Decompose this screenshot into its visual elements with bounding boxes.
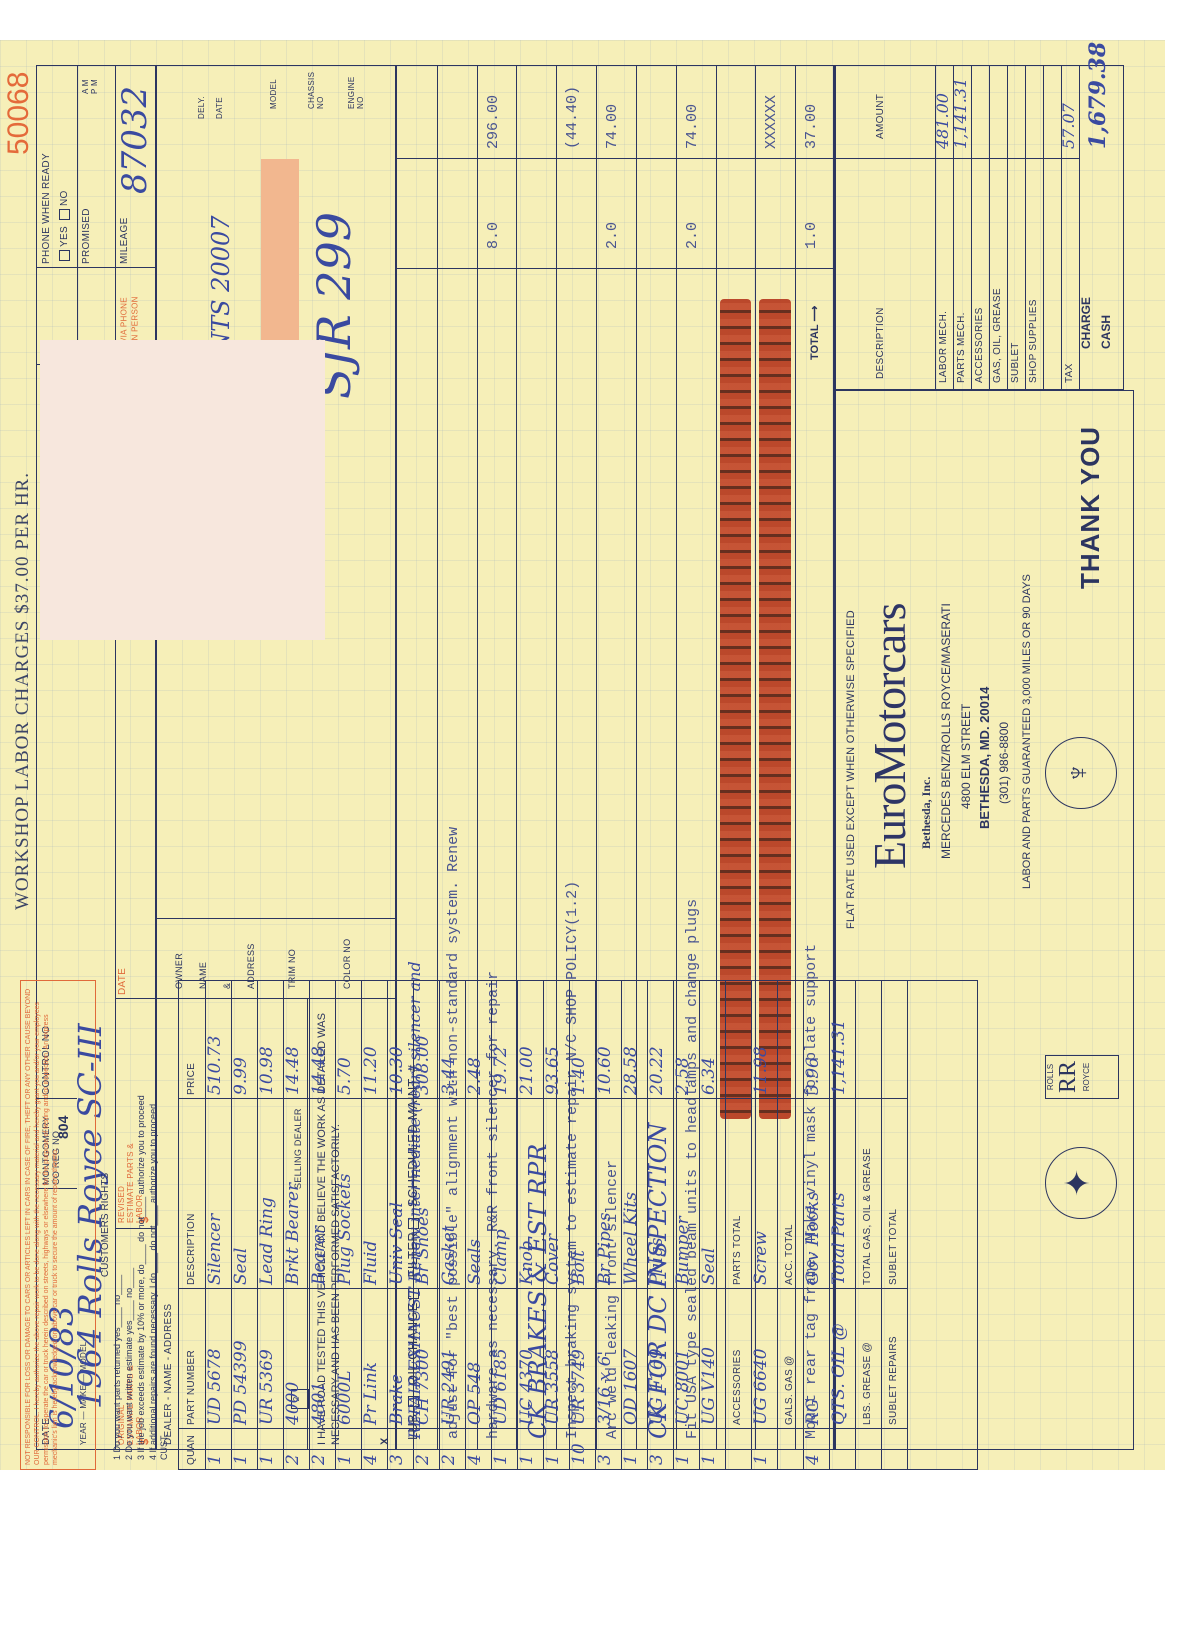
customer-right-item: 3 If the job exceeds estimate by 10% or … [135,990,147,1460]
divider [439,1098,465,1099]
divider [205,1288,231,1289]
grand-total: 1,679.38 [1085,42,1111,149]
part-price: 10.98 [257,1046,277,1095]
part-qty: 1 [751,1454,771,1465]
part-qty: 2 [439,1454,459,1465]
yes-no-checkboxes: YES NO [59,190,70,264]
part-description: Gasket [439,1225,459,1285]
part-qty: 1 [517,1454,537,1465]
divider [231,1098,257,1099]
part-qty: 3 [647,1454,667,1465]
part-description: Lead Ring [257,1197,277,1285]
part-number: ACCESSORIES [732,1349,743,1425]
parts-section: NOT RESPONSIBLE FOR LOSS OR DAMAGE TO CA… [0,980,1000,1470]
work-line-hours: 2.0 [684,222,701,249]
model-label: MODEL [269,79,278,109]
part-number: RG [803,1399,823,1425]
dealer-city: BETHESDA, MD. 20014 [977,687,992,829]
divider [835,158,935,159]
pm-label: P M [90,79,99,94]
work-line-amount: XXXXXX [763,95,780,149]
divider [465,1098,491,1099]
part-price: 11.98 [751,1046,771,1095]
part-price: 11.20 [361,1046,381,1095]
work-line-amount: (44.40) [564,86,581,149]
mileage-label: MILEAGE [119,217,130,264]
divider [205,1098,231,1099]
part-price: 510.73 [205,1036,225,1095]
guarantee-note: LABOR AND PARTS GUARANTEED 3,000 MILES O… [1021,574,1033,889]
work-line-amount: 74.00 [684,104,701,149]
part-qty: 2 [283,1454,303,1465]
dealer-subname: Bethesda, Inc. [919,777,934,849]
parts-table: QUANPART NUMBERDESCRIPTIONPRICE1UD 5678S… [178,980,978,1470]
divider [231,1428,257,1429]
divider [413,1098,439,1099]
divider [829,1288,855,1289]
dely-label: DELY. [197,96,206,119]
divider [1043,158,1061,159]
summary-label: TAX [1064,363,1075,383]
table-row: 4OP 548Seals2.48 [465,981,492,1469]
table-row: 10UR 3749Bolt1.40 [569,981,596,1469]
part-number: UR 3558 [543,1349,563,1425]
part-number: UC 8001 [673,1349,693,1425]
part-description: Gov Hooks [803,1192,823,1285]
paper-note-covering [40,340,325,640]
customer-rights: CUSTOMERS RIGHTS 1 Do you want parts ret… [100,990,169,1460]
part-description: Univ Seal [387,1202,407,1285]
cash-label: CASH [1099,315,1113,349]
part-price: 28.58 [621,1046,641,1095]
summary-row: TAX57.07 [1061,66,1080,389]
table-row: 2UR 2491Gasket3.44 [439,981,466,1469]
customer-rights-title: CUSTOMERS RIGHTS [100,990,111,1460]
divider [179,1098,205,1099]
divider [543,1288,569,1289]
part-qty: 3 [595,1454,615,1465]
divider [491,1428,517,1429]
divider [621,1098,647,1099]
part-description: Bumper [673,1216,693,1285]
divider [751,1288,777,1289]
divider [971,158,989,159]
summary-row: GAS, OIL, GREASE [989,66,1008,389]
parts-header-row: QUANPART NUMBERDESCRIPTIONPRICE [179,981,206,1469]
divider [309,1098,335,1099]
part-description: Seal [231,1248,251,1285]
part-qty: 1 [205,1454,225,1465]
euromotorcars-logo: EuroMotorcars [863,604,916,869]
part-number: OP 548 [465,1362,485,1425]
part-qty: 1 [491,1454,511,1465]
divider [439,1288,465,1289]
total-label: TOTAL ⟶ [808,306,821,360]
part-qty: 1 [257,1454,277,1465]
divider [647,1098,673,1099]
part-qty: 10 [569,1443,589,1465]
divider [1007,158,1025,159]
divider [699,1288,725,1289]
part-description: Fluid [361,1240,381,1285]
yes-checkbox[interactable] [59,250,70,261]
divider [569,1428,595,1429]
part-description: Br Pipes [595,1212,615,1285]
divider [595,1098,621,1099]
acc-total-row: GALS. GAS @ACC. TOTAL [777,981,804,1469]
work-line-hours: 1.0 [803,222,820,249]
divider [517,1288,543,1289]
part-price: 6.34 [699,1057,719,1095]
divider [283,1098,309,1099]
divider [621,1288,647,1289]
part-number: PD 54399 [231,1340,251,1425]
part-price: 1,141.31 [829,1019,849,1095]
divider [621,1428,647,1429]
table-row: 4Pr LinkFluid11.20 [361,981,388,1469]
divider [335,1428,361,1429]
customer-right-item: 1 Do you want parts returned yes____ no_… [111,990,123,1460]
divider [517,1428,543,1429]
divider [699,1098,725,1099]
chassis-label: CHASSIS NO [307,66,325,109]
divider [77,66,78,364]
work-line-hours: 2.0 [604,222,621,249]
part-number: UD 6185 [491,1348,511,1425]
part-number: Pr Link [361,1362,381,1425]
via-phone-text: VIA PHONE [120,297,129,343]
summary-label: LABOR MECH. [938,311,949,383]
divider [803,1288,829,1289]
divider [777,1428,803,1429]
part-price: 9.99 [231,1057,251,1095]
divider [309,1288,335,1289]
dealer-street: 4800 ELM STREET [959,704,973,809]
parts-section-wrapper: NOT RESPONSIBLE FOR LOSS OR DAMAGE TO CA… [0,980,1000,1470]
table-row: 1UR 5369Lead Ring10.98 [257,981,284,1469]
part-qty: 1 [231,1454,251,1465]
model-field-highlight [261,159,299,359]
part-price: 19.72 [491,1046,511,1095]
part-price: 2.58 [673,1057,693,1095]
divider [751,1098,777,1099]
part-price: 10.60 [595,1046,615,1095]
part-price: 3.96 [803,1057,823,1095]
part-price: 1.40 [569,1057,589,1095]
part-qty: 2 [413,1454,433,1465]
divider [595,1288,621,1289]
customer-rights-list: 1 Do you want parts returned yes____ no_… [111,990,159,1460]
divider [413,1428,439,1429]
divider [361,1098,387,1099]
divider [855,1428,881,1429]
table-row: 2CH 7300Br Shoes308.00 [413,981,440,1469]
part-description: SUBLET TOTAL [888,1209,899,1285]
table-row: 1UD 6185Clamp19.72 [491,981,518,1469]
part-qty: 1 [621,1454,641,1465]
divider [387,1098,413,1099]
divider [283,1288,309,1289]
flat-rate-note: FLAT RATE USED EXCEPT WHEN OTHERWISE SPE… [845,610,857,929]
summary-row: ACCESSORIES [971,66,990,389]
description-header: DESCRIPTION [875,307,886,379]
cust-signature[interactable]: CUST. [159,990,169,1460]
part-description: Bearer [309,1226,329,1285]
part-description: Plugs [647,1238,667,1285]
divider [179,1288,205,1289]
divider [439,1428,465,1429]
table-row: 1UC 8001Bumper2.58 [673,981,700,1469]
divider [543,1428,569,1429]
divider [569,1098,595,1099]
customer-right-item: 4 If additional repairs are found necess… [147,990,159,1460]
part-qty: 1 [673,1454,693,1465]
rolls-royce-badge: ROLLSRRROYCE [1045,1055,1119,1099]
divider [257,1428,283,1429]
part-qty: 4 [803,1454,823,1465]
part-price: 5.70 [335,1057,355,1095]
summary-label: GAS, OIL, GREASE [992,288,1003,383]
divider [673,1428,699,1429]
control-number: 50068 [2,72,36,155]
part-price: 10.30 [387,1046,407,1095]
table-row: 16000LPlug Sockets5.70 [335,981,362,1469]
table-row: 1UC 4370Knob21.00 [517,981,544,1469]
part-description: Clamp [491,1229,511,1285]
divider [699,1428,725,1429]
part-price: 3.44 [439,1057,459,1095]
rr-monogram: RR [1055,1056,1082,1098]
part-description: TOTAL GAS, OIL & GREASE [862,1148,873,1285]
part-description: PARTS TOTAL [732,1215,743,1285]
part-qty: 4 [465,1454,485,1465]
divider [803,1428,829,1429]
part-description: DESCRIPTION [186,1213,197,1285]
part-price: 21.00 [517,1046,537,1095]
table-row: 1UG 6640Screw11.98 [751,981,778,1469]
mercedes-star-icon: ✦ [1045,1147,1117,1219]
dealer-brands: MERCEDES BENZ/ROLLS ROYCE/MASERATI [939,603,953,859]
no-checkbox[interactable] [59,209,70,220]
part-number: 6000L [335,1370,355,1425]
part-description: Seal [699,1248,719,1285]
table-row: 4RGGov Hooks3.96 [803,981,830,1469]
summary-amount: 481.00 [933,93,952,149]
part-description: Wheel Kits [621,1192,641,1285]
part-price: 308.00 [413,1036,433,1095]
divider [257,1288,283,1289]
divider [517,1098,543,1099]
am-label: A M [81,79,90,94]
disclaimer-text: NOT RESPONSIBLE FOR LOSS OR DAMAGE TO CA… [24,985,60,1465]
part-number: UG V140 [699,1347,719,1425]
part-price: 14.48 [309,1046,329,1095]
part-qty: 4 [361,1454,381,1465]
part-description: Brkt Bearer [283,1183,303,1285]
summary-header: DESCRIPTION AMOUNT [835,66,936,389]
divider [725,1098,751,1099]
divider [309,1428,335,1429]
mileage-value: 87032 [115,86,155,194]
thank-you-text: THANK YOU [1075,426,1106,589]
maserati-trident-icon: ♆ [1045,737,1117,809]
part-number: CH 7300 [413,1349,433,1426]
divider [387,1428,413,1429]
divider [491,1288,517,1289]
summary-label: SHOP SUPPLIES [1028,299,1039,383]
part-number: PART NUMBER [186,1350,197,1425]
divider [361,1288,387,1289]
summary-label: PARTS MECH. [956,312,967,383]
divider [647,1288,673,1289]
disclaimer-box: NOT RESPONSIBLE FOR LOSS OR DAMAGE TO CA… [20,980,96,1470]
part-number: UG 1169 [647,1348,667,1425]
summary-row: PARTS MECH.1,141.31 [953,66,972,389]
part-qty: 1 [335,1454,355,1465]
divider [257,1098,283,1099]
divider [989,158,1007,159]
part-qty: 2 [309,1454,329,1465]
part-number: QTS. OIL @ [829,1324,849,1425]
part-description: Knob [517,1240,537,1285]
table-row: 1UD 5678Silencer510.73 [205,981,232,1469]
divider [855,1098,881,1099]
engine-label: ENGINE NO [347,66,365,109]
part-description: Total Parts [829,1192,849,1285]
part-number: UR 3749 [569,1349,589,1425]
part-qty: 3 [387,1454,407,1465]
divider [777,1288,803,1289]
work-line-amount: 37.00 [803,104,820,149]
part-number: UC 4370 [517,1349,537,1425]
part-number: OD 1607 [621,1349,641,1425]
divider [335,1288,361,1289]
summary-amount: 57.07 [1059,103,1078,149]
promised-label: PROMISED [81,208,92,264]
dely-date-text: DATE [215,97,224,119]
part-number: UR 2491 [439,1349,459,1425]
table-row: 1UR 3558Cover93.65 [543,981,570,1469]
am-pm-label: A MP M [81,79,99,94]
divider [205,1428,231,1429]
divider [829,1428,855,1429]
part-price: PRICE [186,1063,197,1095]
work-line-hours: 8.0 [485,222,502,249]
work-line-amount: 296.00 [485,95,502,149]
divider [413,1288,439,1289]
divider [725,1288,751,1289]
part-number: UR 5369 [257,1349,277,1425]
divider [647,1428,673,1429]
divider [1061,158,1079,159]
summary-block: DESCRIPTION AMOUNT LABOR MECH.481.00PART… [834,65,1124,390]
total-text: TOTAL [809,325,821,360]
rr-top-text: ROLLS [1046,1056,1055,1098]
divider [37,267,155,268]
part-number: SUBLET REPAIRS [888,1336,899,1425]
divider [179,1428,205,1429]
part-number: UG 6640 [751,1348,771,1425]
summary-row: SHOP SUPPLIES [1025,66,1044,389]
parts-total-row: ACCESSORIESPARTS TOTAL [725,981,752,1469]
dealer-phone: (301) 986-8800 [997,722,1011,804]
divider [231,1288,257,1289]
oil-row: QTS. OIL @Total Parts1,141.31 [829,981,856,1469]
divider [881,1098,907,1099]
part-description: Screw [751,1231,771,1285]
divider [543,1098,569,1099]
summary-row: SUBLET [1007,66,1026,389]
part-description: Br Shoes [413,1207,433,1285]
divider [881,1428,907,1429]
labor-rate-title: WORKSHOP LABOR CHARGES $37.00 PER HR. [12,472,34,910]
divider [387,1288,413,1289]
part-description: ACC. TOTAL [784,1224,795,1285]
work-line-amount: 74.00 [604,104,621,149]
part-number: GALS. GAS @ [784,1355,795,1425]
part-description: Cover [543,1234,563,1285]
divider [803,1098,829,1099]
table-row: 1PD 54399Seal9.99 [231,981,258,1469]
amount-header: AMOUNT [875,94,886,139]
dely-date-label: DELY.DATE [197,96,224,119]
no-label: NO [59,190,70,206]
part-description: Plug Sockets [335,1174,355,1285]
divider [725,1428,751,1429]
table-row: 24000Brkt Bearer14.48 [283,981,310,1469]
divider [673,1288,699,1289]
part-description: Silencer [205,1214,225,1285]
table-row: 1OD 1607Wheel Kits28.58 [621,981,648,1469]
divider [673,1098,699,1099]
rr-bottom-text: ROYCE [1082,1056,1091,1098]
table-row: 3BrakeUniv Seal10.30 [387,981,414,1469]
part-number: UD 5678 [205,1348,225,1425]
divider [465,1288,491,1289]
table-row: 1UG V140Seal6.34 [699,981,726,1469]
summary-amount: 1,141.31 [951,78,970,149]
divider [829,1098,855,1099]
divider [881,1288,907,1289]
repair-order-sheet: WORKSHOP LABOR CHARGES $37.00 PER HR. 50… [0,40,1165,1470]
divider [777,1098,803,1099]
part-qty: 1 [699,1454,719,1465]
customer-right-item: 2 Do you want written estimate yes____ n… [123,990,135,1460]
yes-label: YES [59,226,70,247]
phone-when-ready-label: PHONE WHEN READY [41,153,52,264]
divider [595,1428,621,1429]
divider [157,918,395,919]
part-number: 3/16 x 6' [595,1351,615,1425]
table-row: 24801Bearer14.48 [309,981,336,1469]
part-qty: QUAN [186,1435,197,1465]
part-price: 2.48 [465,1057,485,1095]
divider [751,1428,777,1429]
part-price: 20.22 [647,1046,667,1095]
table-row: 3UG 1169Plugs20.22 [647,981,674,1469]
divider [335,1098,361,1099]
part-price: 93.65 [543,1046,563,1095]
divider [569,1288,595,1289]
divider [935,158,953,159]
summary-label: SUBLET [1010,342,1021,383]
part-description: Bolt [569,1250,589,1285]
summary-label: ACCESSORIES [974,307,985,383]
divider [491,1098,517,1099]
phone-block: PHONE WHEN READY YES NO PROMISED A MP M … [36,65,156,365]
part-qty: 1 [543,1454,563,1465]
grease-row: LBS. GREASE @TOTAL GAS, OIL & GREASE [855,981,882,1469]
